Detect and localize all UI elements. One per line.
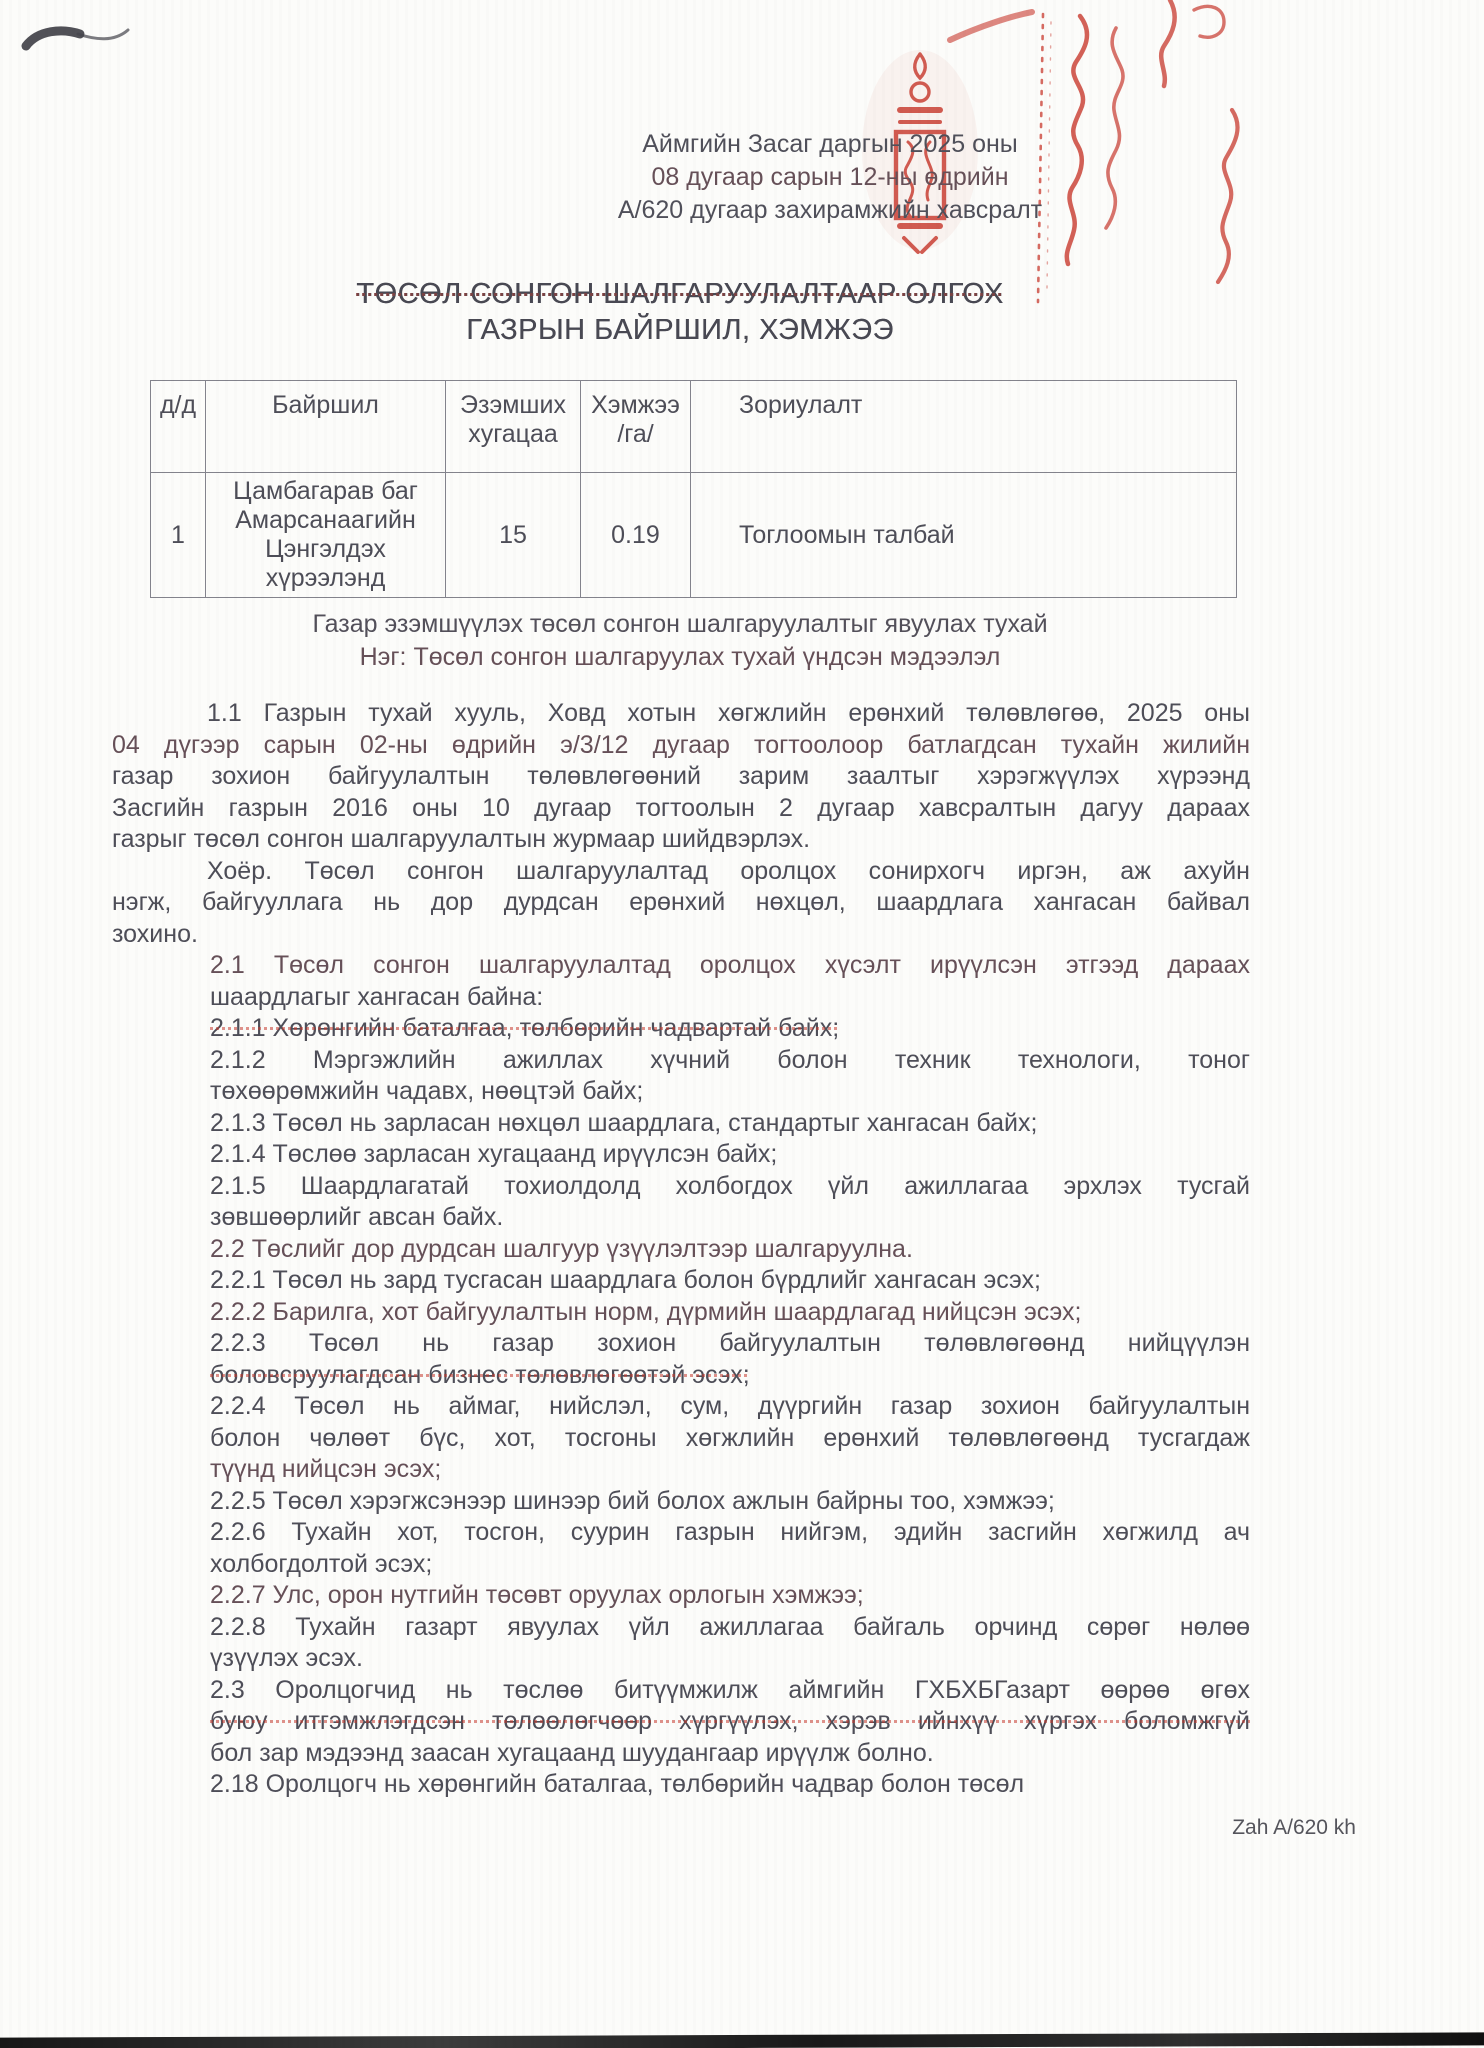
text-line: түүнд нийцсэн эсэх; bbox=[210, 1454, 1250, 1486]
document-reference-header: Аймгийн Засаг даргын 2025 оны 08 дугаар … bbox=[540, 128, 1120, 227]
text-line: болон чөлөөт бүс, хот, тосгоны хөгжлийн … bbox=[210, 1423, 1250, 1455]
paragraph-6: 2.1.3 Төсөл нь зарласан нөхцөл шаардлага… bbox=[210, 1108, 1250, 1140]
reference-line-1: Аймгийн Засаг даргын 2025 оны bbox=[540, 128, 1120, 161]
text-line: 2.2.2 Барилга, хот байгуулалтын норм, дү… bbox=[210, 1297, 1250, 1329]
paragraph-10: 2.2.1 Төсөл нь зард тусгасан шаардлага б… bbox=[210, 1265, 1250, 1297]
paragraph-5: 2.1.2 Мэргэжлийн ажиллах хүчний болон те… bbox=[210, 1045, 1250, 1108]
text-line: төхөөрөмжийн чадавх, нөөцтэй байх; bbox=[210, 1076, 1250, 1108]
paragraph-16: 2.2.7 Улс, орон нутгийн төсөвт оруулах о… bbox=[210, 1580, 1250, 1612]
paragraph-1: 1.1 Газрын тухай хууль, Ховд хотын хөгжл… bbox=[112, 698, 1250, 856]
col-header-num: д/д bbox=[151, 381, 206, 473]
land-plot-table: д/д Байршил Эзэмших хугацаа Хэмжээ /га/ … bbox=[150, 380, 1237, 598]
text-line: газрыг төсөл сонгон шалгаруулалтын журма… bbox=[112, 824, 1250, 856]
text-line: 2.2.7 Улс, орон нутгийн төсөвт оруулах о… bbox=[210, 1580, 1250, 1612]
paragraph-9: 2.2 Төслийг дор дурдсан шалгуур үзүүлэлт… bbox=[210, 1234, 1250, 1266]
paragraph-4: 2.1.1 Хөрөнгийн баталгаа, төлбөрийн чадв… bbox=[210, 1013, 1250, 1045]
paragraph-19: 2.18 Оролцогч нь хөрөнгийн баталгаа, төл… bbox=[210, 1769, 1250, 1801]
text-line: нэгж, байгууллага нь дор дурдсан ерөнхий… bbox=[112, 887, 1250, 919]
scanned-document-page: Аймгийн Засаг даргын 2025 оны 08 дугаар … bbox=[0, 0, 1484, 2048]
paragraph-17: 2.2.8 Тухайн газарт явуулах үйл ажиллага… bbox=[210, 1612, 1250, 1675]
text-line: боловсруулагдсан бизнес төлөвлөгөөтэй эс… bbox=[210, 1360, 1250, 1392]
text-line: 2.1.3 Төсөл нь зарласан нөхцөл шаардлага… bbox=[210, 1108, 1250, 1140]
text-line: газар зохион байгуулалтын төлөвлөгөөний … bbox=[112, 761, 1250, 793]
paragraph-2: Хоёр. Төсөл сонгон шалгаруулалтад оролцо… bbox=[112, 856, 1250, 951]
text-line: 2.2.8 Тухайн газарт явуулах үйл ажиллага… bbox=[210, 1612, 1250, 1644]
paragraph-13: 2.2.4 Төсөл нь аймаг, нийслэл, сум, дүүр… bbox=[210, 1391, 1250, 1486]
text-line: 2.2.5 Төсөл хэрэгжсэнээр шинээр бий боло… bbox=[210, 1486, 1250, 1518]
paragraph-8: 2.1.5 Шаардлагатай тохиолдолд холбогдох … bbox=[210, 1171, 1250, 1234]
text-line: шаардлагыг хангасан байна: bbox=[210, 982, 1250, 1014]
text-line: Хоёр. Төсөл сонгон шалгаруулалтад оролцо… bbox=[112, 856, 1250, 888]
col-header-purpose: Зориулалт bbox=[691, 381, 1237, 473]
section-heading-2: Нэг: Төсөл сонгон шалгаруулах тухай үндс… bbox=[110, 641, 1250, 674]
text-line: холбогдолтой эсэх; bbox=[210, 1549, 1250, 1581]
paragraph-7: 2.1.4 Төслөө зарласан хугацаанд ирүүлсэн… bbox=[210, 1139, 1250, 1171]
text-line: 2.1.2 Мэргэжлийн ажиллах хүчний болон те… bbox=[210, 1045, 1250, 1077]
text-line: 2.2.3 Төсөл нь газар зохион байгуулалтын… bbox=[210, 1328, 1250, 1360]
pen-mark bbox=[18, 16, 138, 60]
paragraph-15: 2.2.6 Тухайн хот, тосгон, суурин газрын … bbox=[210, 1517, 1250, 1580]
text-line: 2.1.1 Хөрөнгийн баталгаа, төлбөрийн чадв… bbox=[210, 1013, 1250, 1045]
text-line: 2.1.4 Төслөө зарласан хугацаанд ирүүлсэн… bbox=[210, 1139, 1250, 1171]
text-line: 04 дүгээр сарын 02-ны өдрийн э/3/12 дуга… bbox=[112, 730, 1250, 762]
title-line-1: ТӨСӨЛ СОНГОН ШАЛГАРУУЛАЛТААР ОЛГОХ bbox=[110, 276, 1250, 312]
text-line: 2.2.6 Тухайн хот, тосгон, суурин газрын … bbox=[210, 1517, 1250, 1549]
scan-bottom-edge bbox=[0, 2032, 1484, 2048]
text-line: 2.1 Төсөл сонгон шалгаруулалтад оролцох … bbox=[210, 950, 1250, 982]
text-line: 2.18 Оролцогч нь хөрөнгийн баталгаа, төл… bbox=[210, 1769, 1250, 1801]
document-body: 1.1 Газрын тухай хууль, Ховд хотын хөгжл… bbox=[112, 698, 1250, 1801]
text-line: 2.2 Төслийг дор дурдсан шалгуур үзүүлэлт… bbox=[210, 1234, 1250, 1266]
text-line: зөвшөөрлийг авсан байх. bbox=[210, 1202, 1250, 1234]
cell-size: 0.19 bbox=[581, 473, 691, 598]
reference-line-3: А/620 дугаар захирамжийн хавсралт bbox=[540, 194, 1120, 227]
cell-location: Цамбагарав баг Амарсанаагийн Цэнгэлдэх х… bbox=[206, 473, 446, 598]
section-heading-1: Газар эзэмшүүлэх төсөл сонгон шалгаруула… bbox=[110, 608, 1250, 641]
paragraph-14: 2.2.5 Төсөл хэрэгжсэнээр шинээр бий боло… bbox=[210, 1486, 1250, 1518]
footer-reference: Zah A/620 kh bbox=[1232, 1816, 1356, 1840]
document-title: ТӨСӨЛ СОНГОН ШАЛГАРУУЛАЛТААР ОЛГОХ ГАЗРЫ… bbox=[110, 276, 1250, 348]
table-header-row: д/д Байршил Эзэмших хугацаа Хэмжээ /га/ … bbox=[151, 381, 1237, 473]
col-header-size: Хэмжээ /га/ bbox=[581, 381, 691, 473]
text-line: 2.3 Оролцогчид нь төслөө битүүмжилж аймг… bbox=[210, 1675, 1250, 1707]
title-line-2: ГАЗРЫН БАЙРШИЛ, ХЭМЖЭЭ bbox=[110, 312, 1250, 348]
text-line: Засгийн газрын 2016 оны 10 дугаар тогтоо… bbox=[112, 793, 1250, 825]
text-line: 1.1 Газрын тухай хууль, Ховд хотын хөгжл… bbox=[112, 698, 1250, 730]
table-row: 1 Цамбагарав баг Амарсанаагийн Цэнгэлдэх… bbox=[151, 473, 1237, 598]
text-line: зохино. bbox=[112, 919, 1250, 951]
text-line: 2.2.4 Төсөл нь аймаг, нийслэл, сум, дүүр… bbox=[210, 1391, 1250, 1423]
col-header-duration: Эзэмших хугацаа bbox=[446, 381, 581, 473]
paragraph-12: 2.2.3 Төсөл нь газар зохион байгуулалтын… bbox=[210, 1328, 1250, 1391]
section-headings: Газар эзэмшүүлэх төсөл сонгон шалгаруула… bbox=[110, 608, 1250, 674]
col-header-location: Байршил bbox=[206, 381, 446, 473]
text-line: 2.1.5 Шаардлагатай тохиолдолд холбогдох … bbox=[210, 1171, 1250, 1203]
text-line: 2.2.1 Төсөл нь зард тусгасан шаардлага б… bbox=[210, 1265, 1250, 1297]
reference-line-2: 08 дугаар сарын 12-ны өдрийн bbox=[540, 161, 1120, 194]
cell-num: 1 bbox=[151, 473, 206, 598]
paragraph-18: 2.3 Оролцогчид нь төслөө битүүмжилж аймг… bbox=[210, 1675, 1250, 1770]
paragraph-3: 2.1 Төсөл сонгон шалгаруулалтад оролцох … bbox=[210, 950, 1250, 1013]
paragraph-11: 2.2.2 Барилга, хот байгуулалтын норм, дү… bbox=[210, 1297, 1250, 1329]
cell-purpose: Тоглоомын талбай bbox=[691, 473, 1237, 598]
text-line: бол зар мэдээнд заасан хугацаанд шууданг… bbox=[210, 1738, 1250, 1770]
cell-duration: 15 bbox=[446, 473, 581, 598]
text-line: буюу итгэмжлэгдсэн төлөөлөгчөөр хүргүүлэ… bbox=[210, 1706, 1250, 1738]
text-line: үзүүлэх эсэх. bbox=[210, 1643, 1250, 1675]
